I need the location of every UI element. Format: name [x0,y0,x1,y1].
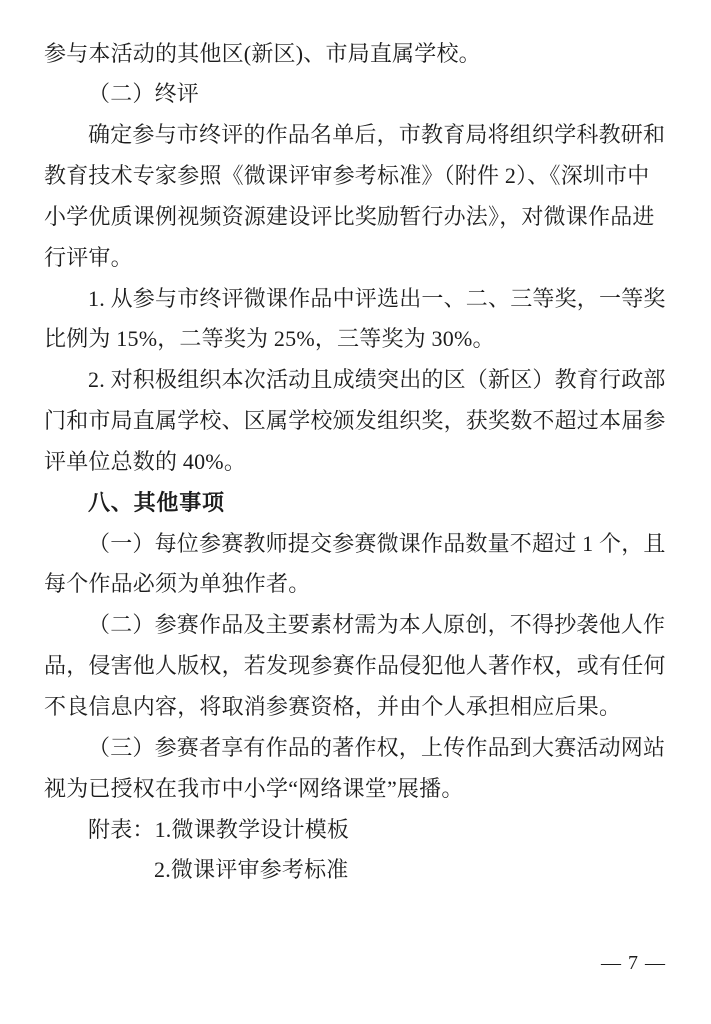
document-line: 比例为 15%，二等奖为 25%，三等奖为 30%。 [44,319,667,360]
document-line: 1. 从参与市终评微课作品中评选出一、二、三等奖，一等奖 [44,279,667,320]
document-line: 2. 对积极组织本次活动且成绩突出的区（新区）教育行政部 [44,360,667,401]
document-line: 门和市局直属学校、区属学校颁发组织奖，获奖数不超过本届参 [44,401,667,442]
page-number: — 7 — [601,950,666,976]
document-line: （一）每位参赛教师提交参赛微课作品数量不超过 1 个，且 [44,524,667,565]
document-line: 不良信息内容，将取消参赛资格，并由个人承担相应后果。 [44,687,667,728]
document-line: 小学优质课例视频资源建设评比奖励暂行办法》，对微课作品进 [44,197,667,238]
document-line: （二）参赛作品及主要素材需为本人原创，不得抄袭他人作 [44,605,667,646]
section-heading-final-review: （二）终评 [44,74,667,115]
document-body: 参与本活动的其他区(新区)、市局直属学校。 （二）终评 确定参与市终评的作品名单… [44,34,667,892]
document-line: 评单位总数的 40%。 [44,442,667,483]
document-line: 行评审。 [44,238,667,279]
document-line: （三）参赛者享有作品的著作权，上传作品到大赛活动网站 [44,728,667,769]
document-line: 视为已授权在我市中小学“网络课堂”展播。 [44,769,667,810]
attachment-list-item-2: 2.微课评审参考标准 [44,850,667,891]
attachment-list-item-1: 附表：1.微课教学设计模板 [44,810,667,851]
document-line: 教育技术专家参照《微课评审参考标准》（附件 2）、《深圳市中 [44,156,667,197]
document-page: 参与本活动的其他区(新区)、市局直属学校。 （二）终评 确定参与市终评的作品名单… [0,0,711,1024]
document-line: 品，侵害他人版权，若发现参赛作品侵犯他人著作权，或有任何 [44,646,667,687]
document-line: 每个作品必须为单独作者。 [44,564,667,605]
document-line: 确定参与市终评的作品名单后，市教育局将组织学科教研和 [44,115,667,156]
document-line: 参与本活动的其他区(新区)、市局直属学校。 [44,34,667,75]
section-heading-other-matters: 八、其他事项 [44,483,667,524]
